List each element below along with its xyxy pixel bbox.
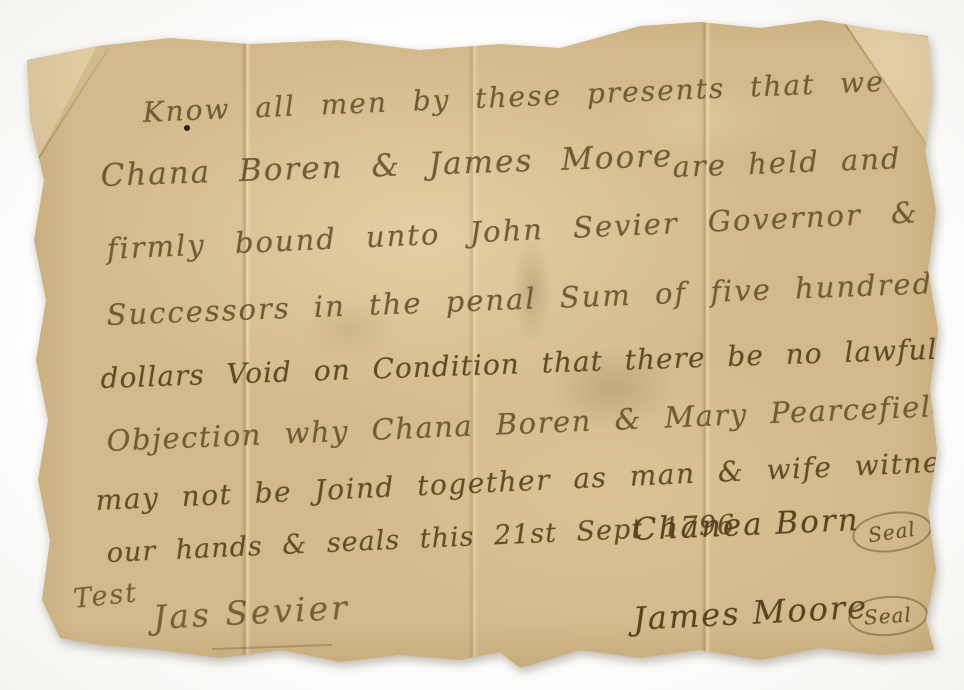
scan-background: Know all men by these presents that we C… (0, 0, 964, 690)
body-line-3: firmly bound unto John Sevier Governor &… (106, 192, 964, 266)
corner-crease-line-top-left (31, 48, 109, 169)
body-line-6: Objection why Chana Boren & Mary Pearcef… (106, 389, 952, 458)
witness-signature-jas-sevier: Jas Sevier (152, 588, 351, 637)
signature-chanea-born: Chanea Born (632, 502, 860, 548)
pencil-underline (212, 644, 332, 650)
signature-james-moore: James Moore (632, 588, 869, 638)
body-line-1: Know all men by these presents that we (142, 65, 885, 129)
seal-mark-chanea-born: Seal (850, 507, 935, 558)
witness-attest-label: Test (72, 577, 139, 615)
body-line-2-names: Chana Boren & James Moore (100, 138, 674, 194)
body-line-4: Successors in the penal Sum of five hund… (106, 266, 934, 332)
document-paper: Know all men by these presents that we C… (0, 0, 964, 690)
paper-shadow: Know all men by these presents that we C… (0, 0, 964, 690)
body-line-5: dollars Void on Condition that there be … (100, 333, 938, 395)
